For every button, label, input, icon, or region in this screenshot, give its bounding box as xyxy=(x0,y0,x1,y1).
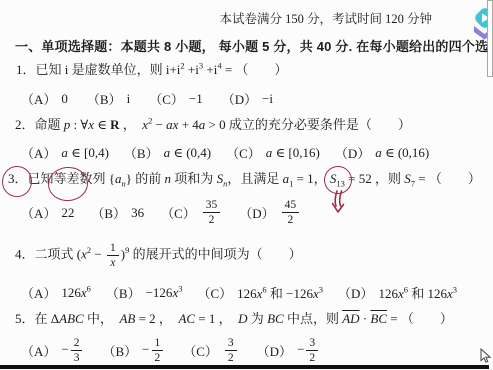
option-value: 0 xyxy=(61,91,68,107)
option-label: （A） xyxy=(21,341,56,360)
question-3-number: 3． xyxy=(8,171,28,186)
option-label: （A） xyxy=(21,89,56,108)
exam-page: 本试卷满分 150 分，考试时间 120 分钟 一、单项选择题：本题共 8 小题… xyxy=(0,0,493,370)
question-3-option-c: （C）352 xyxy=(161,199,222,226)
question-5-option-d: （D）−32 xyxy=(257,337,320,364)
red-circle-annotation-s13: S13 xyxy=(330,171,345,187)
option-label: （D） xyxy=(338,283,373,302)
exam-header: 本试卷满分 150 分，考试时间 120 分钟 xyxy=(219,9,432,27)
option-value: 126x6 xyxy=(61,285,91,301)
option-value: −126x3 xyxy=(146,285,183,301)
section-title: 一、单项选择题：本题共 8 小题， 每小题 5 分，共 40 分. 在每小题给出… xyxy=(15,36,488,55)
option-label: （C） xyxy=(197,283,232,302)
option-value: 352 xyxy=(201,199,223,226)
question-4-option-d: （D）126x6 和 126x3 xyxy=(338,283,457,302)
bottom-bar xyxy=(0,365,489,369)
question-2-option-a: （A）a ∈ [0,4) xyxy=(21,143,109,162)
question-1-option-b: （B）i xyxy=(87,89,130,108)
option-value: −23 xyxy=(61,337,84,364)
question-2-options: （A）a ∈ [0,4) （B）a ∈ (0,4) （C）a ∈ [0,16) … xyxy=(21,143,429,162)
option-label: （D） xyxy=(222,89,257,108)
option-label: （A） xyxy=(21,283,56,302)
red-circle-annotation-number: 3． xyxy=(8,171,28,187)
question-5-option-c: （C）32 xyxy=(183,337,238,364)
question-3-mid: 数列 {an} 的前 n 项和为 Sn，且满足 a1 = 1， xyxy=(80,171,327,186)
question-5-option-b: （B）−12 xyxy=(102,337,165,364)
question-3-options: （A）22 （B）36 （C）352 （D）452 xyxy=(21,199,301,226)
question-3-text: 3．已知等差数列 {an} 的前 n 项和为 Sn，且满足 a1 = 1， S1… xyxy=(8,171,481,187)
option-value: a ∈ [0,16) xyxy=(266,145,320,161)
option-label: （B） xyxy=(102,341,137,360)
option-value: −32 xyxy=(297,337,320,364)
question-3-circled-word: 等差 xyxy=(54,171,80,186)
question-2-option-d: （D）a ∈ (0,16) xyxy=(335,143,429,162)
option-label: （B） xyxy=(124,143,159,162)
question-5-options: （A）−23 （B）−12 （C）32 （D）−32 xyxy=(21,337,320,364)
question-5-option-a: （A）−23 xyxy=(21,337,84,364)
option-value: a ∈ [0,4) xyxy=(61,145,109,161)
question-3-post: = 52 ，则 S7 = （ ） xyxy=(348,171,481,186)
question-4-option-a: （A）126x6 xyxy=(21,283,91,302)
option-label: （D） xyxy=(239,203,274,222)
question-1-option-a: （A）0 xyxy=(21,89,68,108)
question-2-text: 2．命题 p : ∀x ∈ R ， x2 − ax + 4a > 0 成立的充分… xyxy=(15,117,411,133)
option-value: 36 xyxy=(131,205,144,221)
question-1-option-d: （D）−i xyxy=(222,89,273,108)
option-value: 126x6 和 126x3 xyxy=(378,283,457,302)
question-1-option-c: （C）−1 xyxy=(149,89,203,108)
question-5-text: 5．在 ΔABC 中， AB = 2 ， AC = 1 ， D 为 BC 中点，… xyxy=(15,311,453,327)
option-value: −12 xyxy=(142,337,165,364)
option-label: （A） xyxy=(21,143,56,162)
question-4-options: （A）126x6 （B）−126x3 （C）126x6 和 −126x3 （D）… xyxy=(21,283,457,302)
question-4-option-b: （B）−126x3 xyxy=(106,283,183,302)
question-4-option-c: （C）126x6 和 −126x3 xyxy=(197,283,323,302)
question-1-options: （A）0 （B）i （C）−1 （D）−i xyxy=(21,89,273,108)
red-arrow-annotation xyxy=(331,191,347,213)
option-label: （D） xyxy=(257,341,292,360)
option-value: a ∈ (0,16) xyxy=(375,145,429,161)
question-3-option-d: （D）452 xyxy=(239,199,301,226)
question-3-option-b: （B）36 xyxy=(91,203,144,222)
option-value: 452 xyxy=(280,199,302,226)
option-value: −i xyxy=(262,91,273,107)
option-value: 126x6 和 −126x3 xyxy=(237,283,323,302)
question-3-circled-s13: S13 xyxy=(330,171,345,186)
red-circle-annotation-word: 等差 xyxy=(54,171,80,187)
option-value: i xyxy=(127,91,131,107)
option-label: （A） xyxy=(21,203,56,222)
option-label: （B） xyxy=(106,283,141,302)
option-label: （C） xyxy=(183,341,218,360)
question-2-option-c: （C）a ∈ [0,16) xyxy=(226,143,320,162)
question-1-text: 1．已知 i 是虚数单位，则 i+i2 +i3 +i4 = （ ） xyxy=(16,62,287,78)
question-3-pre: 已知 xyxy=(28,171,54,186)
option-label: （B） xyxy=(87,89,122,108)
option-value: 22 xyxy=(61,205,74,221)
option-label: （C） xyxy=(226,143,261,162)
option-label: （B） xyxy=(91,203,126,222)
option-label: （D） xyxy=(335,143,370,162)
option-value: 32 xyxy=(223,337,239,364)
option-value: a ∈ (0,4) xyxy=(164,145,212,161)
option-value: −1 xyxy=(189,91,203,107)
question-2-option-b: （B）a ∈ (0,4) xyxy=(124,143,211,162)
option-label: （C） xyxy=(149,89,184,108)
option-label: （C） xyxy=(161,203,196,222)
cursor-icon xyxy=(480,348,491,363)
question-3-option-a: （A）22 xyxy=(21,203,74,222)
question-4-text: 4．二项式 (x2 − 1x)9 的展开式的中间项为（ ） xyxy=(15,242,302,269)
